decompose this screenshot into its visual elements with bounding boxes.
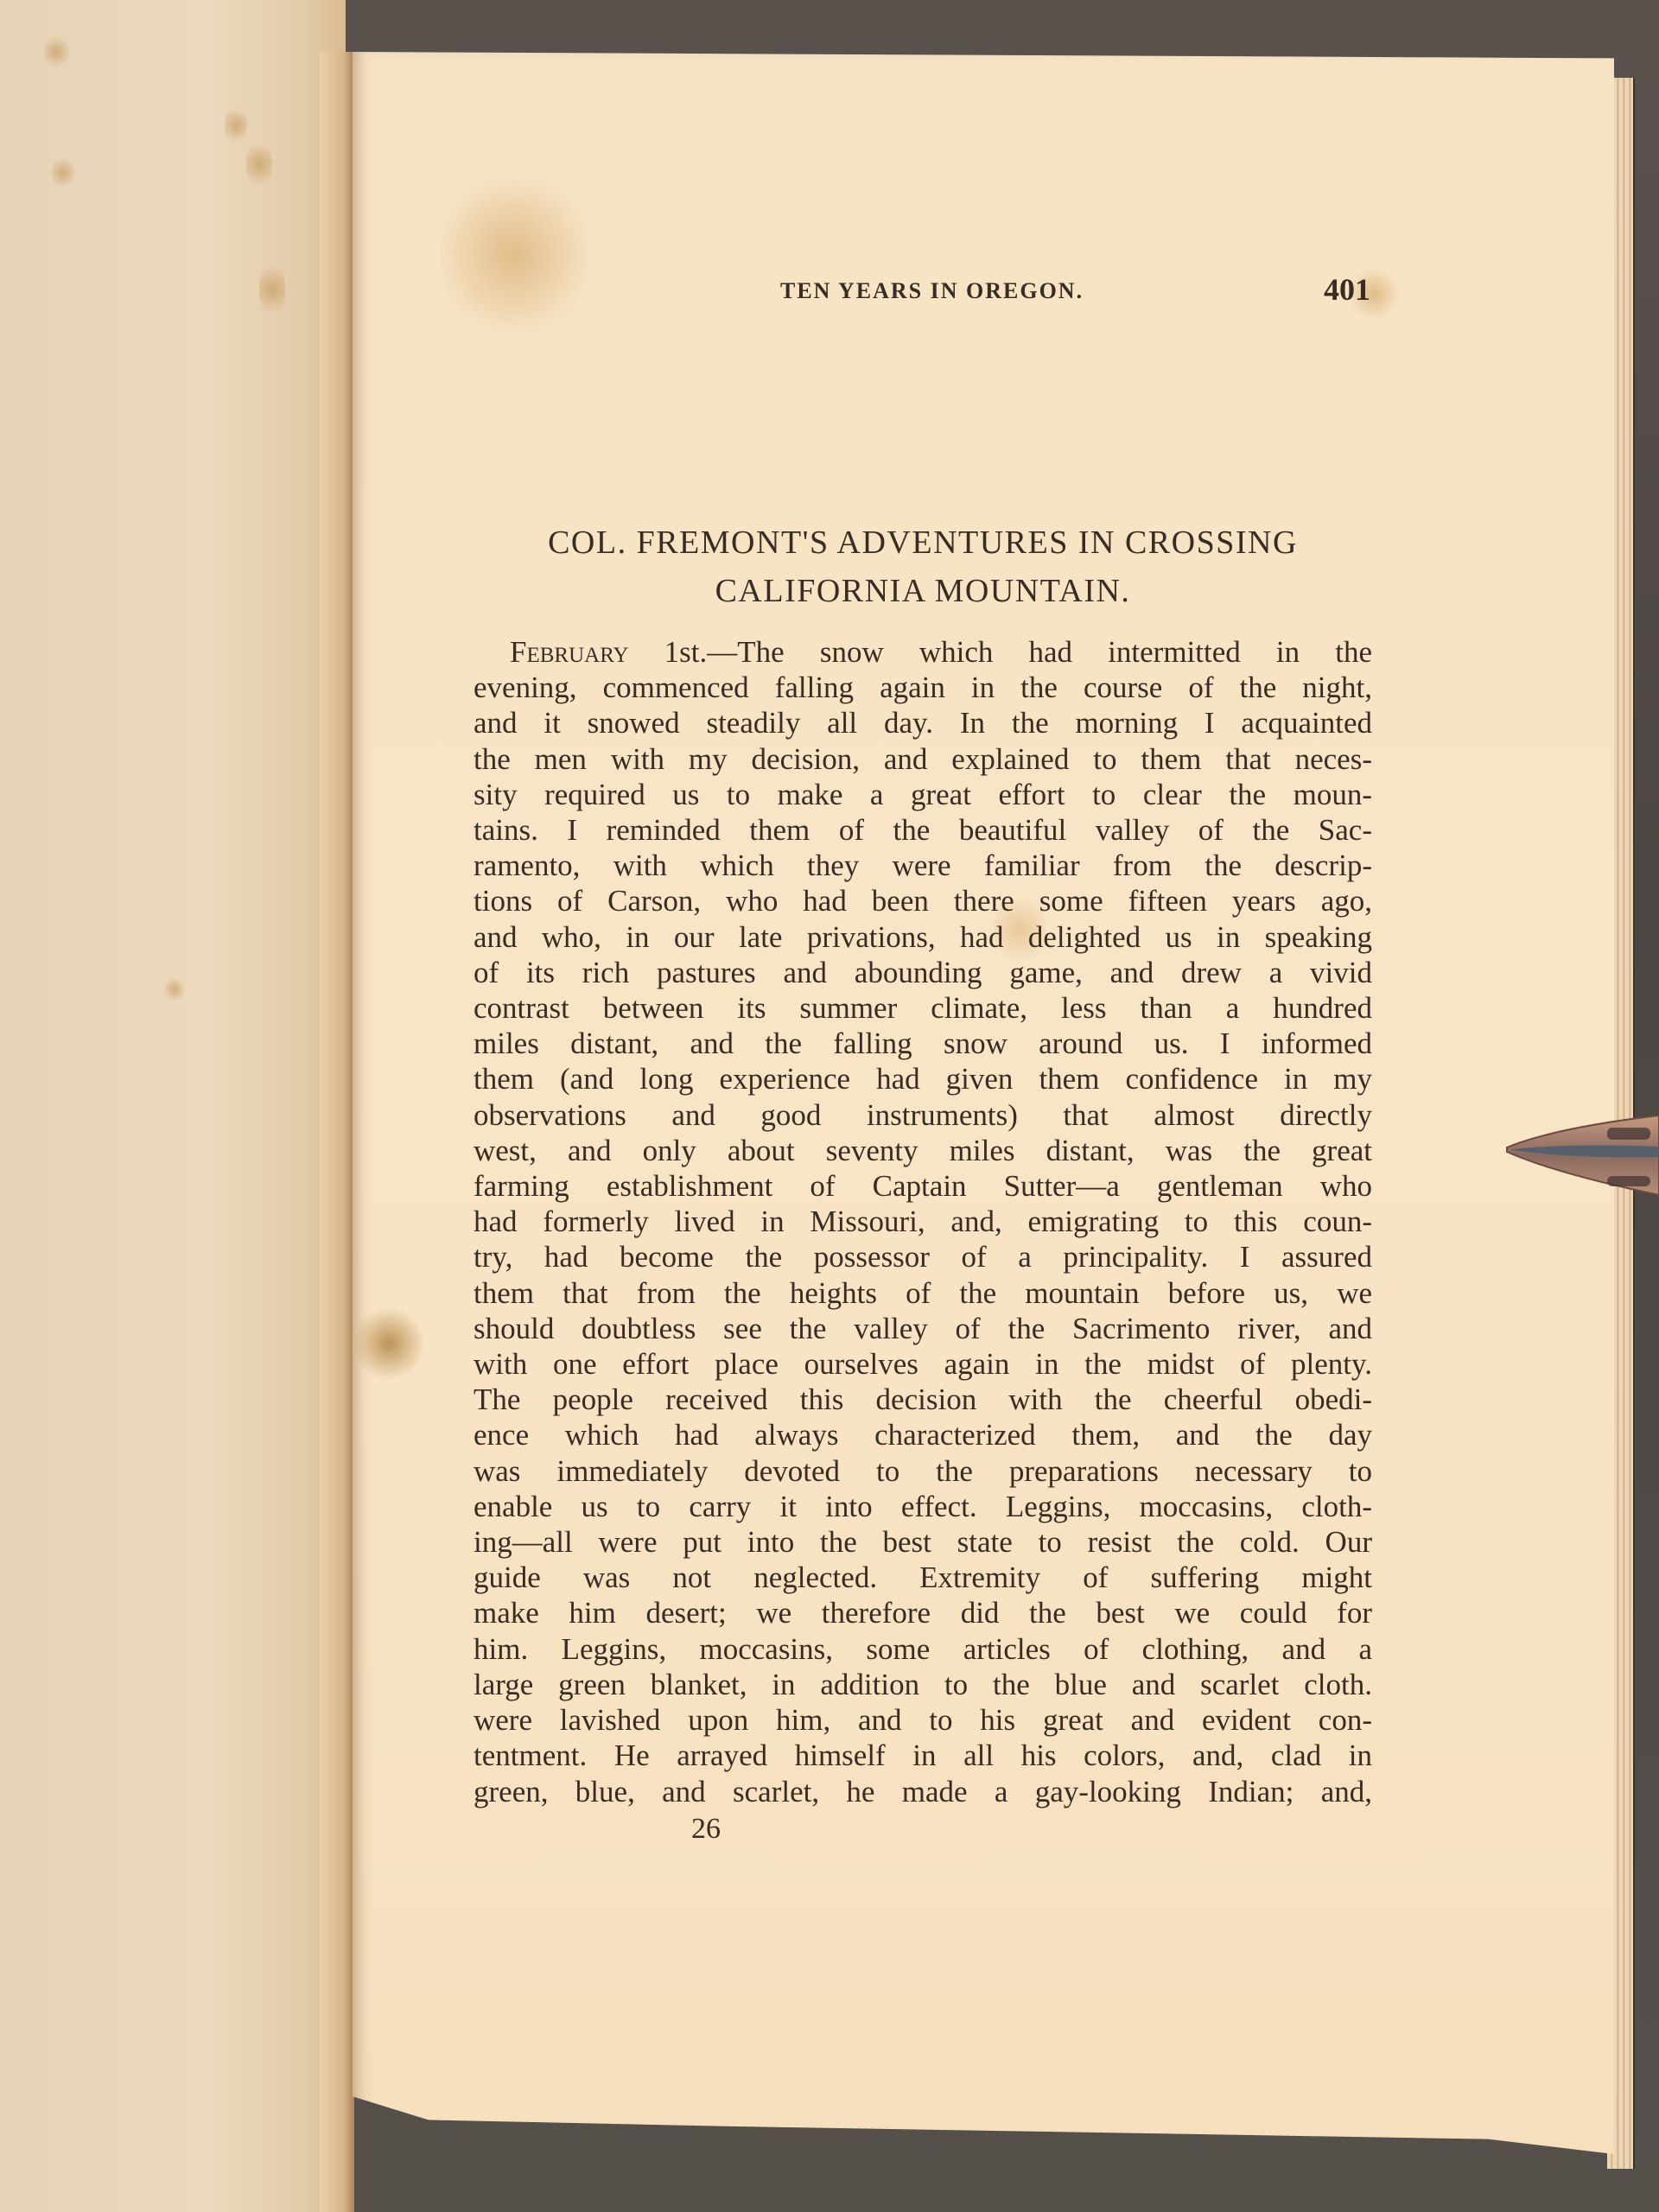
text-line: him. Leggins, moccasins, some articles o… <box>474 1631 1372 1667</box>
text-line: The people received this decision with t… <box>474 1382 1372 1417</box>
foxing-stain <box>246 138 272 190</box>
text-line: February 1st.—The snow which had intermi… <box>474 634 1372 670</box>
text-line: them (and long experience had given them… <box>474 1061 1372 1096</box>
text-line: miles distant, and the falling snow arou… <box>474 1026 1372 1061</box>
text-line: contrast between its summer climate, les… <box>474 990 1372 1026</box>
foxing-stain <box>225 104 247 147</box>
chapter-title-line: CALIFORNIA MOUNTAIN. <box>474 567 1372 615</box>
text-line: with one effort place ourselves again in… <box>474 1346 1372 1382</box>
text-line: were lavished upon him, and to his great… <box>474 1702 1372 1738</box>
text-line: the men with my decision, and explained … <box>474 741 1372 777</box>
text-line: farming establishment of Captain Sutter—… <box>474 1168 1372 1204</box>
text-line: ing—all were put into the best state to … <box>474 1524 1372 1560</box>
body-paragraph: February 1st.—The snow which had intermi… <box>474 634 1372 1809</box>
text-line: was immediately devoted to the preparati… <box>474 1453 1372 1489</box>
text-line: guide was not neglected. Extremity of su… <box>474 1560 1372 1595</box>
page-content: TEN YEARS IN OREGON. 401 COL. FREMONT'S … <box>474 268 1372 1846</box>
text-line: sity required us to make a great effort … <box>474 777 1372 812</box>
text-line: evening, commenced falling again in the … <box>474 670 1372 705</box>
text-line: large green blanket, in addition to the … <box>474 1667 1372 1702</box>
text-line: them that from the heights of the mounta… <box>474 1275 1372 1311</box>
text-line: and it snowed steadily all day. In the m… <box>474 705 1372 741</box>
text-line: ramento, with which they were familiar f… <box>474 848 1372 883</box>
text-line: green, blue, and scarlet, he made a gay-… <box>474 1774 1372 1809</box>
text-line: had formerly lived in Missouri, and, emi… <box>474 1204 1372 1239</box>
text-line: and who, in our late privations, had del… <box>474 919 1372 955</box>
text-line: tions of Carson, who had been there some… <box>474 883 1372 918</box>
text-line: try, had become the possessor of a princ… <box>474 1239 1372 1274</box>
foxing-stain <box>43 35 69 69</box>
foxing-stain <box>354 1305 423 1382</box>
foxing-stain <box>52 156 74 190</box>
text-line: west, and only about seventy miles dista… <box>474 1133 1372 1168</box>
text-line: of its rich pastures and abounding game,… <box>474 955 1372 990</box>
text-line: make him desert; we therefore did the be… <box>474 1595 1372 1630</box>
foxing-stain <box>259 259 285 320</box>
text-line: tentment. He arrayed himself in all his … <box>474 1738 1372 1773</box>
running-title: TEN YEARS IN OREGON. <box>780 278 1084 304</box>
lead-in-smallcaps: February <box>510 635 629 669</box>
text-line: should doubtless see the valley of the S… <box>474 1311 1372 1346</box>
chapter-title: COL. FREMONT'S ADVENTURES IN CROSSING CA… <box>474 518 1372 615</box>
left-blank-page <box>0 0 346 2212</box>
text-line: enable us to carry it into effect. Leggi… <box>474 1489 1372 1524</box>
page-number: 401 <box>1324 271 1370 308</box>
chapter-title-line: COL. FREMONT'S ADVENTURES IN CROSSING <box>474 518 1372 567</box>
text-line: observations and good instruments) that … <box>474 1097 1372 1133</box>
signature-mark: 26 <box>474 1813 1372 1846</box>
text-line: ence which had always characterized them… <box>474 1417 1372 1452</box>
pen-tip-icon <box>1503 1109 1659 1204</box>
running-header: TEN YEARS IN OREGON. 401 <box>474 268 1372 320</box>
foxing-stain <box>164 976 185 1002</box>
book-gutter <box>320 52 354 2212</box>
text-line: tains. I reminded them of the beautiful … <box>474 812 1372 848</box>
